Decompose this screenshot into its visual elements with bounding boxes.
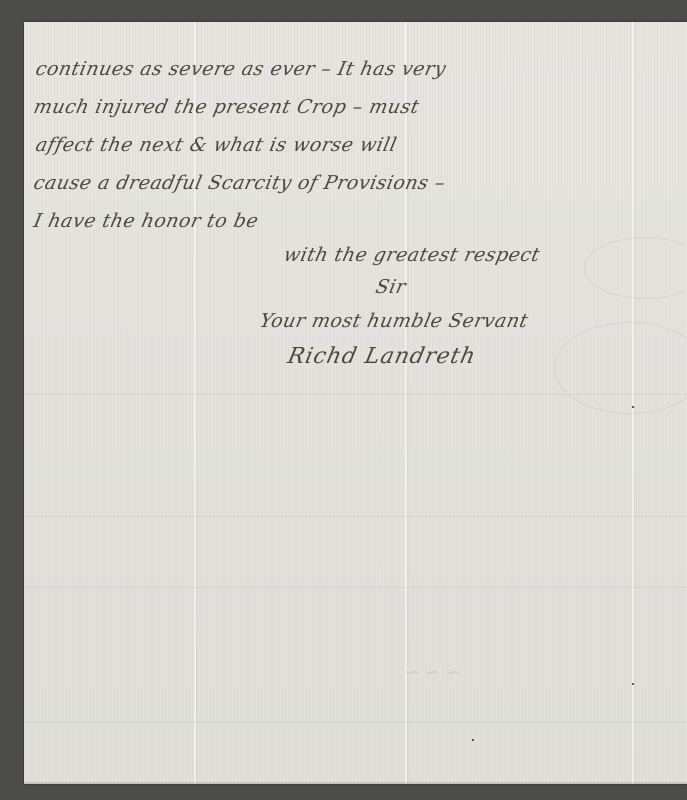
closing-respect: with the greatest respect [282,244,542,266]
bleed-through-flourish [584,237,687,299]
letter-page: ~ ~ ~ continues as severe as ever – It h… [24,22,687,784]
closing-valediction: Your most humble Servant [258,310,531,332]
horizontal-crease [24,587,687,588]
paper-edge [24,781,687,784]
closing-sir: Sir [374,276,408,298]
letter-line-3: affect the next & what is worse will [34,134,399,156]
horizontal-crease [24,516,687,517]
letter-line-1: continues as severe as ever – It has ver… [34,58,449,80]
bleed-through-text: ~ ~ ~ [402,662,462,683]
bleed-through-flourish [554,322,687,414]
horizontal-crease [24,722,687,723]
ink-speck [632,406,634,408]
ink-speck [632,683,634,685]
letter-line-4: cause a dreadful Scarcity of Provisions … [32,172,448,194]
letter-line-2: much injured the present Crop – must [32,96,422,118]
letter-line-5: I have the honor to be [32,210,261,232]
ink-speck [472,739,474,741]
signature: Richd Landreth [285,344,478,369]
